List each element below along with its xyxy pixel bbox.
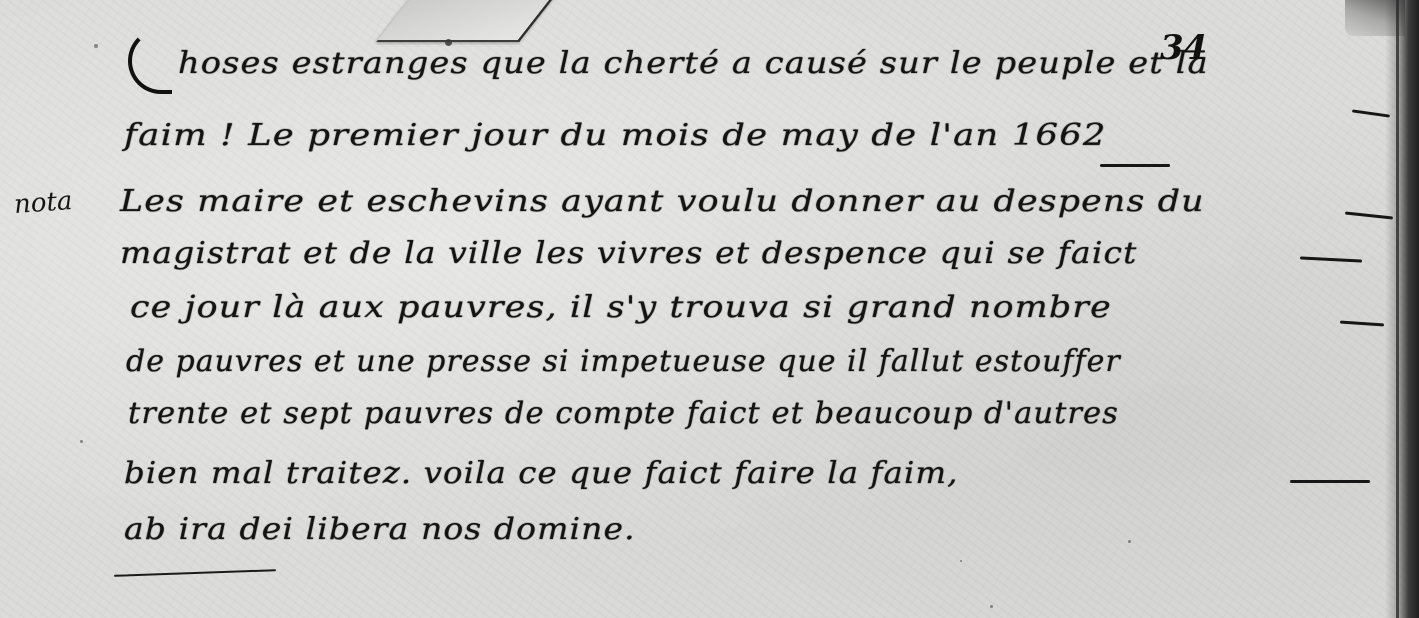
closing-underline: [114, 569, 276, 577]
text-line-5: ce jour là aux pauvres, il s'y trouva si…: [130, 290, 1112, 325]
text-line-1: hoses estranges que la cherté a causé su…: [178, 46, 1209, 81]
line-filler-dash: [1340, 320, 1384, 326]
text-line-8: bien mal traitez. voila ce que faict fai…: [124, 456, 959, 491]
line-filler-dash: [1300, 256, 1362, 262]
decorative-initial-c: [128, 28, 172, 94]
ink-speck: [960, 560, 962, 562]
manuscript-page: 34 nota hoses estranges que la cherté a …: [0, 0, 1419, 618]
text-line-3: Les maire et eschevins ayant voulu donne…: [120, 184, 1205, 219]
ink-speck: [445, 39, 452, 46]
text-line-4: magistrat et de la ville les vivres et d…: [120, 236, 1137, 271]
margin-note: nota: [13, 186, 73, 220]
ink-speck: [990, 605, 993, 608]
text-line-6: de pauvres et une presse si impetueuse q…: [126, 344, 1121, 379]
line-filler-dash: [1100, 164, 1170, 167]
binding-gutter-shadow: [1385, 0, 1419, 618]
ink-speck: [1128, 540, 1131, 543]
text-line-2: faim ! Le premier jour du mois de may de…: [124, 118, 1107, 153]
ink-speck: [80, 440, 83, 443]
text-line-9: ab ira dei libera nos domine.: [124, 512, 636, 547]
ink-speck: [94, 44, 98, 48]
folded-paper-corner: [376, 0, 557, 42]
line-filler-dash: [1290, 480, 1370, 483]
binding-edge: [1396, 0, 1399, 618]
text-line-7: trente et sept pauvres de compte faict e…: [128, 396, 1119, 431]
